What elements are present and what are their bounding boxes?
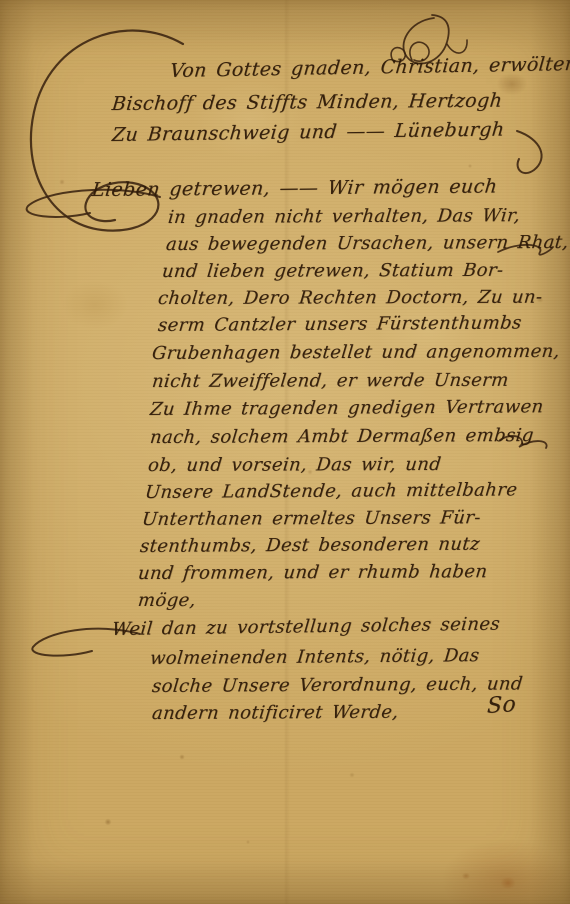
lueneburgh-swash: [517, 131, 542, 173]
manuscript-body-line: Lieben getrewen, —— Wir mögen euch: [91, 175, 498, 201]
manuscript-body-line: in gnaden nicht verhalten, Das Wir,: [167, 205, 521, 228]
manuscript-body-line: solche Unsere Verordnung, euch, und: [151, 673, 524, 697]
manuscript-body-line: und lieben getrewen, Statium Bor-: [161, 260, 505, 282]
manuscript-heading-line: Zu Braunschweig und —— Lüneburgh: [111, 119, 505, 147]
manuscript-body-line: cholten, Dero Rechten Doctorn, Zu un-: [157, 287, 544, 309]
manuscript-body-line: Zu Ihme tragenden gnedigen Vertrawen: [149, 396, 545, 420]
manuscript-heading-line: Von Gottes gnaden, Christian, erwölter: [169, 53, 570, 82]
manuscript-body-line: andern notificiret Werde,: [151, 702, 400, 724]
manuscript-body-line: nicht Zweiffelend, er werde Unserm: [151, 370, 510, 392]
manuscript-body-line: aus bewegenden Ursachen, unsern Rhat,: [165, 232, 570, 255]
manuscript-body-line: ob, und vorsein, Das wir, und: [147, 454, 442, 476]
manuscript-body-line: Unsere LandStende, auch mittelbahre: [144, 479, 518, 503]
header-penwork-tail: [447, 40, 467, 53]
manuscript-body-line: nach, solchem Ambt Dermaßen embsig: [149, 425, 535, 448]
manuscript-heading-line: Bischoff des Stiffts Minden, Hertzogh: [111, 90, 503, 115]
manuscript-body-line: So: [487, 692, 517, 719]
manuscript-body-line: Grubenhagen bestellet und angenommen,: [151, 341, 561, 364]
manuscript-body-line: serm Cantzler unsers Fürstenthumbs: [157, 312, 523, 336]
manuscript-body-line: Weil dan zu vortstellung solches seines: [111, 614, 501, 640]
manuscript-body-line: und frommen, und er rhumb haben: [137, 561, 488, 584]
manuscript-body-line: wolmeinenden Intents, nötig, Das: [149, 645, 481, 669]
manuscript-page: Von Gottes gnaden, Christian, erwölterBi…: [0, 0, 570, 904]
manuscript-body-line: stenthumbs, Dest besonderen nutz: [139, 534, 481, 557]
manuscript-body-line: möge,: [137, 590, 197, 611]
manuscript-body-line: Unterthanen ermeltes Unsers Für-: [141, 507, 482, 530]
